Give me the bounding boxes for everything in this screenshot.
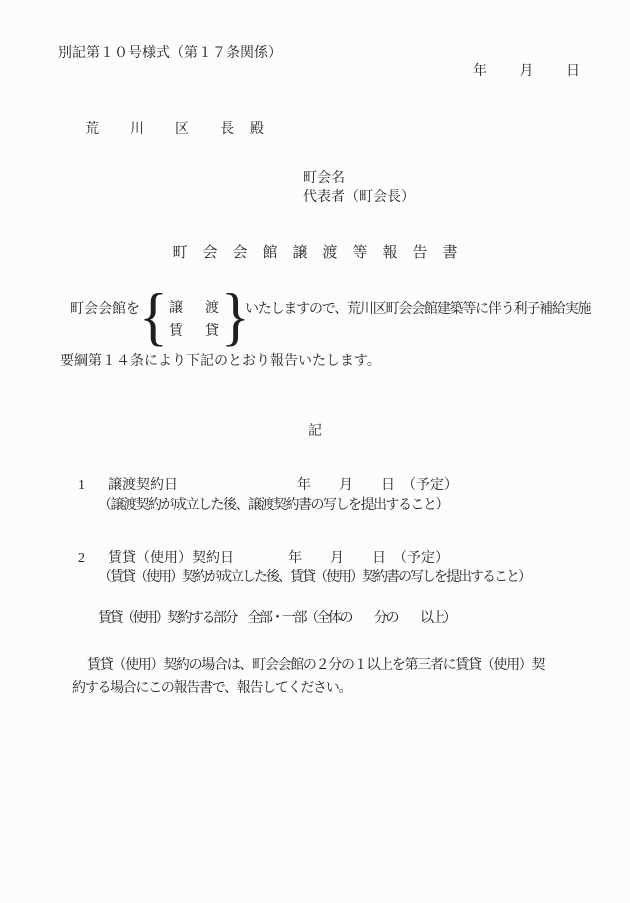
header-date-blank: 年 月 日 [473, 64, 582, 81]
section2-date-blank: 年 月 日 （予定） [288, 551, 449, 568]
section1-number: 1 [78, 478, 85, 495]
section2-number: 2 [78, 551, 85, 568]
section1-note: （譲渡契約が成立した後、譲渡契約書の写しを提出すること） [98, 498, 448, 515]
section1-date-blank: 年 月 日 （予定） [297, 478, 458, 495]
section2-note: （賃貸（使用）契約が成立した後、賃貸（使用）契約書の写しを提出すること） [98, 570, 530, 587]
sender-association-label: 町会名 [303, 171, 345, 188]
sender-representative-label: 代表者（町会長） [303, 190, 415, 207]
section2-label: 賃貸（使用）契約日 [108, 551, 234, 568]
page-title: 町 会 会 館 譲 渡 等 報 告 書 [0, 244, 630, 262]
intro-option-transfer: 譲 渡 [169, 301, 223, 318]
closing-note-line2: 約する場合にこの報告書で、報告してください。 [72, 681, 351, 698]
record-heading: 記 [0, 424, 630, 441]
brace-open: { [139, 284, 168, 349]
intro-prefix: 町会会館を [70, 302, 140, 319]
addressee: 荒 川 区 長 殿 [85, 122, 265, 139]
intro-option-lease: 賃 貸 [169, 324, 223, 341]
closing-note-line1: 賃貸（使用）契約の場合は、町会会館の２分の１以上を第三者に賃貸（使用）契 [87, 658, 544, 675]
section1-label: 譲渡契約日 [108, 478, 178, 495]
intro-line2: 要綱第１４条により下記のとおり報告いたします。 [60, 354, 381, 371]
intro-suffix: いたしますので、荒川区町会会館建築等に伴う利子補給実施 [245, 302, 590, 319]
form-number: 別記第１０号様式（第１７条関係） [58, 46, 282, 63]
section2-portion-line: 賃貸（使用）契約する部分 全部・一部（全体の 分の 以上） [98, 611, 455, 628]
form-page: 別記第１０号様式（第１７条関係） 年 月 日 荒 川 区 長 殿 町会名 代表者… [0, 0, 630, 903]
